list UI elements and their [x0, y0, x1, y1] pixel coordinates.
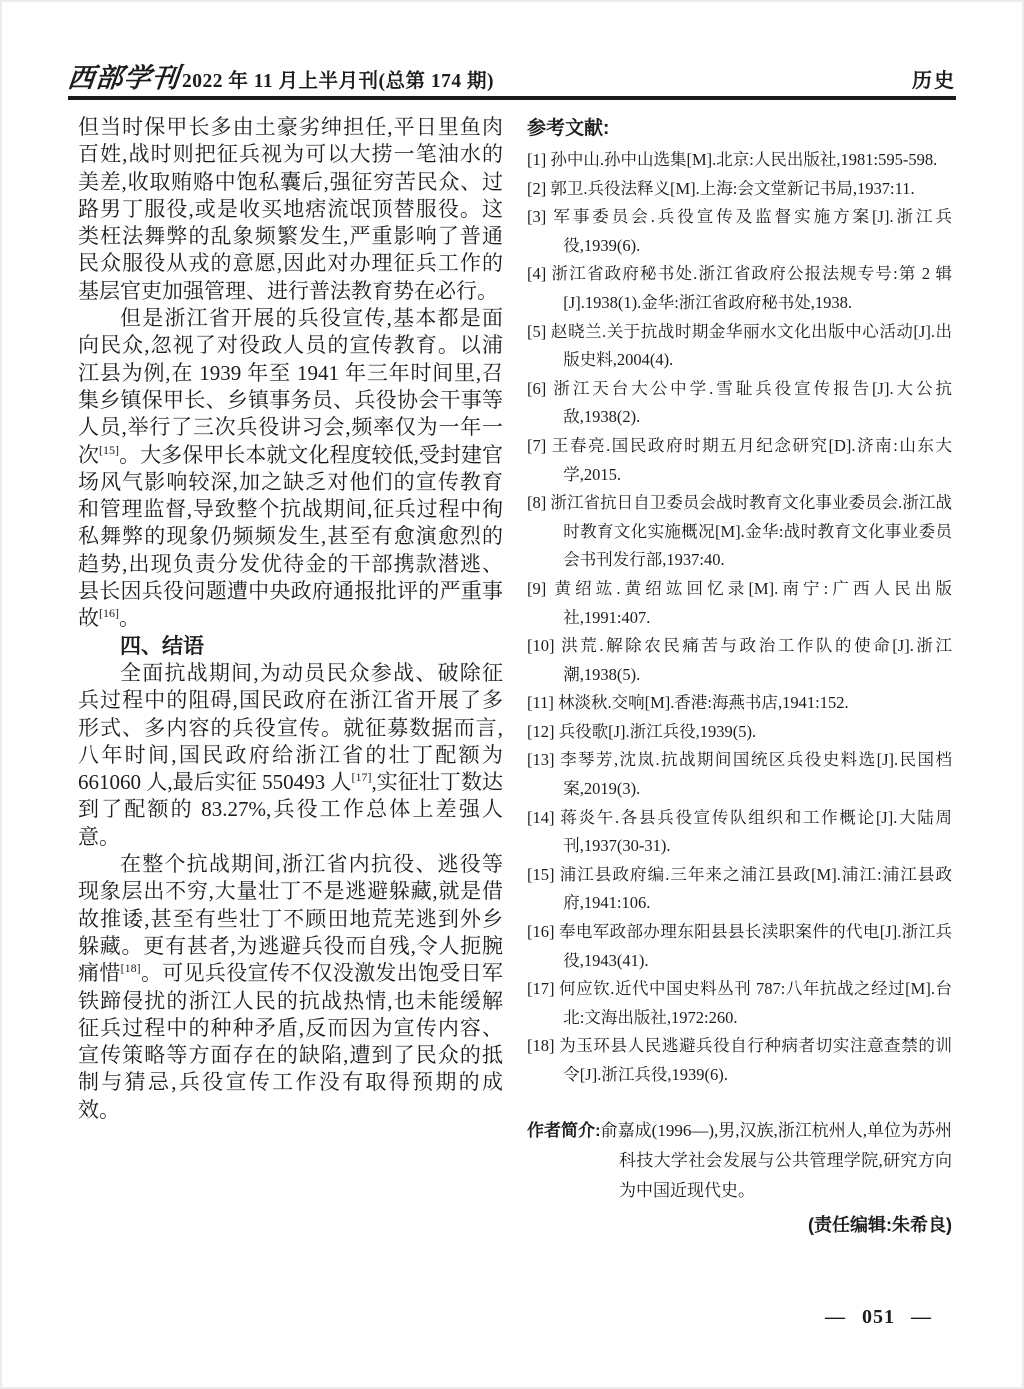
author-bio-label: 作者简介: [527, 1121, 601, 1140]
references-heading: 参考文献: [527, 114, 952, 144]
right-column: 参考文献: [1] 孙中山.孙中山选集[M].北京:人民出版社,1981:595… [527, 114, 952, 1240]
page-number: — 051 — [825, 1306, 932, 1329]
reference-item: [11] 林淡秋.交响[M].香港:海燕书店,1941:152. [527, 689, 952, 718]
references-list: [1] 孙中山.孙中山选集[M].北京:人民出版社,1981:595-598. … [527, 146, 952, 1090]
page-header: 西部学刊 2022 年 11 月上半月刊(总第 174 期) 历史 [68, 56, 956, 95]
paragraph: 在整个抗战期间,浙江省内抗役、逃役等现象层出不穷,大量壮丁不是逃避躲藏,就是借故… [78, 851, 503, 1124]
paragraph-text: 。大多保甲长本就文化程度较低,受封建官场风气影响较深,加之缺乏对他们的宣传教育和… [78, 443, 503, 631]
citation-superscript: [18] [121, 961, 141, 975]
issue-info: 2022 年 11 月上半月刊(总第 174 期) [182, 65, 494, 93]
journal-page: 西部学刊 2022 年 11 月上半月刊(总第 174 期) 历史 但当时保甲长… [0, 0, 1024, 1389]
paragraph-text: 。可见兵役宣传不仅没激发出饱受日军铁蹄侵扰的浙江人民的抗战热情,也未能缓解征兵过… [78, 961, 503, 1121]
paragraph: 但当时保甲长多由土豪劣绅担任,平日里鱼肉百姓,战时则把征兵视为可以大捞一笔油水的… [78, 114, 503, 305]
reference-item: [18] 为玉环县人民逃避兵役自行种病者切实注意查禁的训令[J].浙江兵役,19… [527, 1032, 952, 1089]
reference-item: [2] 郭卫.兵役法释义[M].上海:会文堂新记书局,1937:11. [527, 175, 952, 204]
paragraph-text: 。 [119, 606, 140, 630]
author-bio: 作者简介:俞嘉成(1996—),男,汉族,浙江杭州人,单位为苏州科技大学社会发展… [527, 1116, 952, 1206]
paragraph: 全面抗战期间,为动员民众参战、破除征兵过程中的阻碍,国民政府在浙江省开展了多形式… [78, 660, 503, 851]
page-body: 但当时保甲长多由土豪劣绅担任,平日里鱼肉百姓,战时则把征兵视为可以大捞一笔油水的… [78, 114, 952, 1240]
reference-item: [12] 兵役歌[J].浙江兵役,1939(5). [527, 718, 952, 747]
section-label: 历史 [912, 64, 956, 93]
responsible-editor: (责任编辑:朱希良) [527, 1210, 952, 1240]
reference-item: [5] 赵晓兰.关于抗战时期金华丽水文化出版中心活动[J].出版史料,2004(… [527, 318, 952, 375]
reference-item: [1] 孙中山.孙中山选集[M].北京:人民出版社,1981:595-598. [527, 146, 952, 175]
reference-item: [4] 浙江省政府秘书处.浙江省政府公报法规专号:第 2 辑[J].1938(1… [527, 260, 952, 317]
left-column: 但当时保甲长多由土豪劣绅担任,平日里鱼肉百姓,战时则把征兵视为可以大捞一笔油水的… [78, 114, 503, 1240]
reference-item: [3] 军事委员会.兵役宣传及监督实施方案[J].浙江兵役,1939(6). [527, 203, 952, 260]
reference-item: [9] 黄绍竑.黄绍竑回忆录[M].南宁:广西人民出版社,1991:407. [527, 575, 952, 632]
header-divider [68, 96, 956, 100]
citation-superscript: [17] [351, 770, 371, 784]
reference-item: [14] 蒋炎午.各县兵役宣传队组织和工作概论[J].大陆周刊,1937(30-… [527, 804, 952, 861]
reference-item: [7] 王春亮.国民政府时期五月纪念研究[D].济南:山东大学,2015. [527, 432, 952, 489]
paragraph: 但是浙江省开展的兵役宣传,基本都是面向民众,忽视了对役政人员的宣传教育。以浦江县… [78, 305, 503, 633]
reference-item: [8] 浙江省抗日自卫委员会战时教育文化事业委员会.浙江战时教育文化实施概况[M… [527, 489, 952, 575]
conclusion-heading: 四、结语 [78, 633, 503, 660]
reference-item: [16] 奉电军政部办理东阳县县长渎职案件的代电[J].浙江兵役,1943(41… [527, 918, 952, 975]
reference-item: [15] 浦江县政府编.三年来之浦江县政[M].浦江:浦江县政府,1941:10… [527, 861, 952, 918]
citation-superscript: [15] [99, 443, 119, 457]
reference-item: [10] 洪荒.解除农民痛苦与政治工作队的使命[J].浙江潮,1938(5). [527, 632, 952, 689]
reference-item: [13] 李琴芳,沈岚.抗战期间国统区兵役史料选[J].民国档案,2019(3)… [527, 746, 952, 803]
reference-item: [17] 何应钦.近代中国史料丛刊 787:八年抗战之经过[M].台北:文海出版… [527, 975, 952, 1032]
author-bio-section: 作者简介:俞嘉成(1996—),男,汉族,浙江杭州人,单位为苏州科技大学社会发展… [527, 1116, 952, 1240]
author-bio-text: 俞嘉成(1996—),男,汉族,浙江杭州人,单位为苏州科技大学社会发展与公共管理… [601, 1121, 952, 1200]
journal-logo: 西部学刊 [66, 56, 182, 95]
citation-superscript: [16] [99, 606, 119, 620]
reference-item: [6] 浙江天台大公中学.雪耻兵役宣传报告[J].大公抗敌,1938(2). [527, 375, 952, 432]
